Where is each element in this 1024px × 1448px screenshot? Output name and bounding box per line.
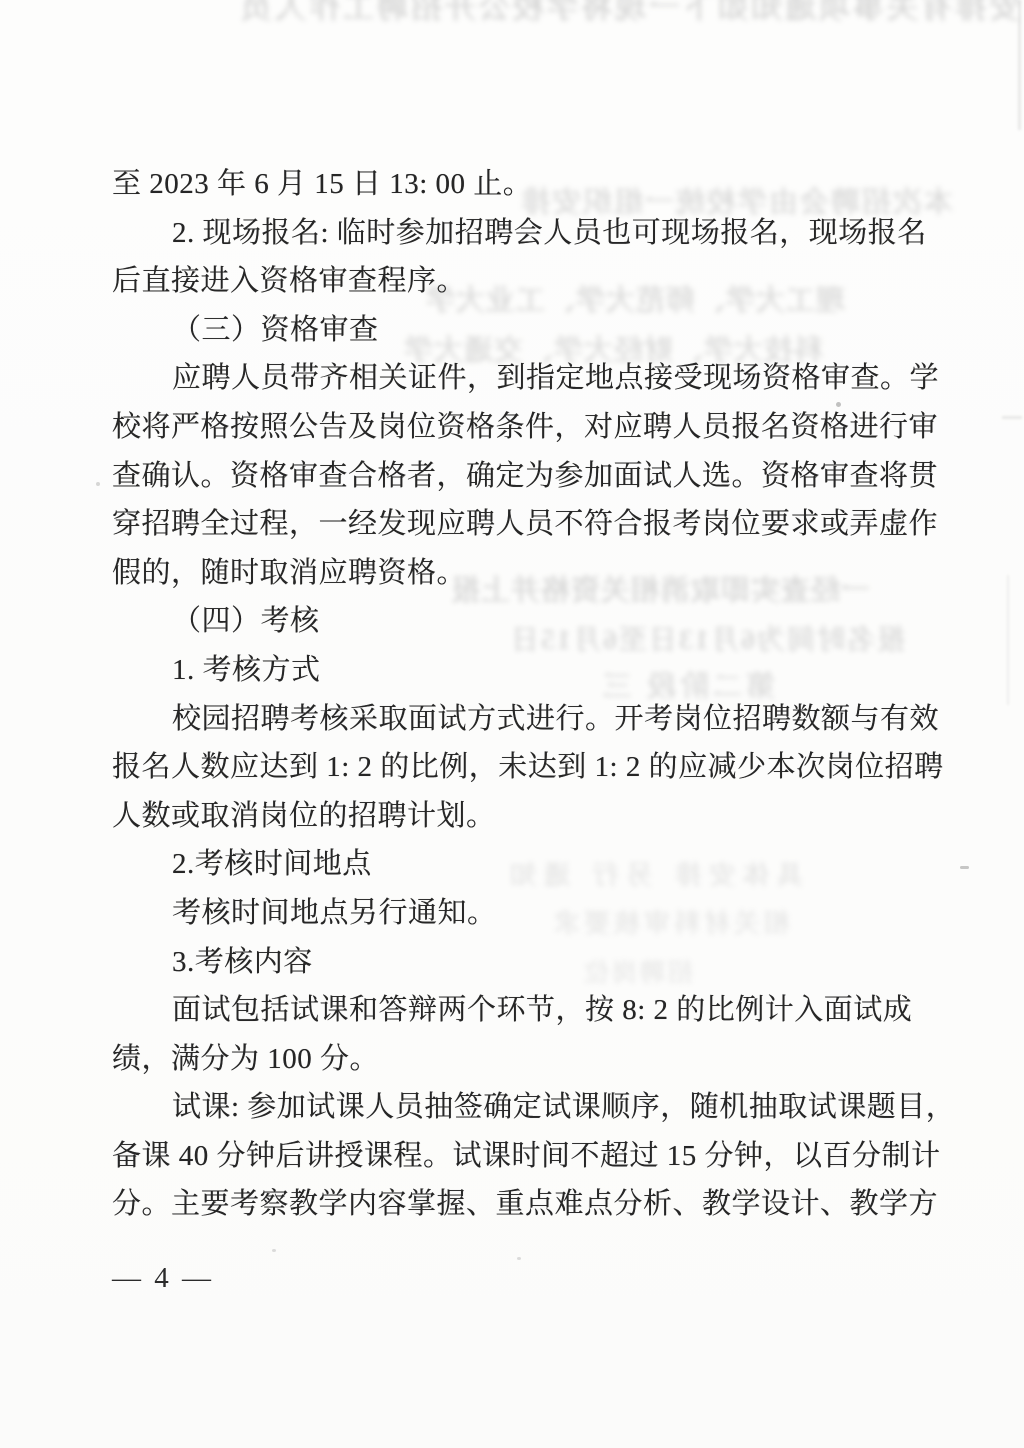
doc-line-21: 备课 40 分钟后讲授课程。试课时间不超过 15 分钟，以百分制计 xyxy=(112,1132,902,1181)
page-number: — 4 — xyxy=(112,1262,214,1295)
subheading-1: 1. 考核方式 xyxy=(112,646,902,695)
bleedthrough-text: 安排有关事项通知如下一现将学校公开招聘工作人员 xyxy=(250,0,1020,27)
subheading-2: 2.考核时间地点 xyxy=(112,840,902,889)
scan-edge-streak xyxy=(1018,0,1021,130)
document-body: 至 2023 年 6 月 15 日 13: 00 止。 2. 现场报名: 临时参… xyxy=(112,160,902,1229)
doc-line-08: 穿招聘全过程，一经发现应聘人员不符合报考岗位要求或弄虚作 xyxy=(112,500,902,549)
doc-line-13: 报名人数应达到 1: 2 的比例，未达到 1: 2 的应减少本次岗位招聘 xyxy=(112,743,902,792)
scan-edge-streak xyxy=(1007,575,1009,705)
scan-edge-streak xyxy=(1002,416,1022,419)
doc-line-18: 面试包括试课和答辩两个环节，按 8: 2 的比例计入面试成 xyxy=(112,986,902,1035)
doc-line-01: 至 2023 年 6 月 15 日 13: 00 止。 xyxy=(112,160,902,209)
section-heading-3: （三）资格审查 xyxy=(112,306,902,355)
scan-speck xyxy=(272,1249,276,1252)
doc-line-19: 绩，满分为 100 分。 xyxy=(112,1035,902,1084)
scan-speck xyxy=(517,1257,521,1260)
doc-line-05: 应聘人员带齐相关证件，到指定地点接受现场资格审查。学 xyxy=(112,354,902,403)
section-heading-4: （四）考核 xyxy=(112,597,902,646)
doc-line-06: 校将严格按照公告及岗位资格条件，对应聘人员报名资格进行审 xyxy=(112,403,902,452)
doc-line-03: 后直接进入资格审查程序。 xyxy=(112,257,902,306)
doc-line-20: 试课: 参加试课人员抽签确定试课顺序，随机抽取试课题目， xyxy=(112,1083,902,1132)
doc-line-16: 考核时间地点另行通知。 xyxy=(112,889,902,938)
doc-line-02: 2. 现场报名: 临时参加招聘会人员也可现场报名，现场报名 xyxy=(112,209,902,258)
doc-line-07: 查确认。资格审查合格者，确定为参加面试人选。资格审查将贯 xyxy=(112,452,902,501)
subheading-3: 3.考核内容 xyxy=(112,938,902,987)
doc-line-22: 分。主要考察教学内容掌握、重点难点分析、教学设计、教学方 xyxy=(112,1180,902,1229)
doc-line-09: 假的，随时取消应聘资格。 xyxy=(112,549,902,598)
scan-speck xyxy=(960,866,969,869)
doc-line-14: 人数或取消岗位的招聘计划。 xyxy=(112,792,902,841)
scanned-document-page: 安排有关事项通知如下一现将学校公开招聘工作人员 本次招聘会由学校统一组织安排 理… xyxy=(0,0,1024,1448)
doc-line-12: 校园招聘考核采取面试方式进行。开考岗位招聘数额与有效 xyxy=(112,695,902,744)
scan-speck xyxy=(96,482,100,486)
